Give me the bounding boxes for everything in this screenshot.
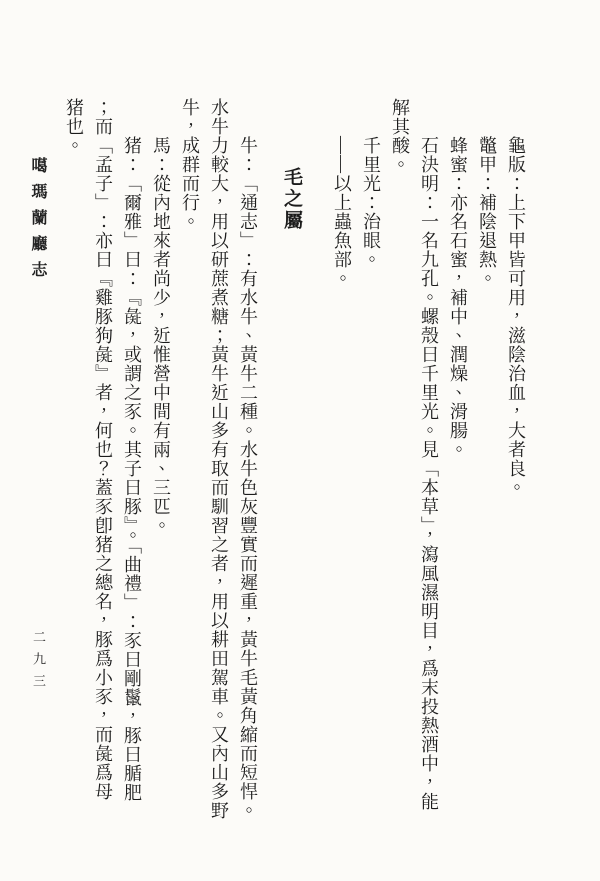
entry-section-end-note: ——以上蟲魚部。 [327,98,356,824]
entry-abalone-shell: 石決明：一名九孔。螺殼曰千里光。見「本草」，瀉風濕明目，爲末投熱酒中，能 解其酸… [385,98,443,824]
text-column: 龜版：上下甲皆可用，滋陰治血，大者良。 [501,98,530,824]
text-column: ；而「孟子」：亦曰『雞豚狗彘』者，何也？蓋豕卽猪之總名，豚爲小豕，而彘爲母 [88,98,117,824]
main-text: 龜版：上下甲皆可用，滋陰治血，大者良。 鼈甲：補陰退熱。 蜂蜜：亦名石蜜，補中、… [59,98,530,824]
entry-tortoise-plastron: 龜版：上下甲皆可用，滋陰治血，大者良。 [501,98,530,824]
text-column: 馬：從內地來者尚少，近惟營中間有兩、三匹。 [146,98,175,824]
text-column: 牛，成群而行。 [175,98,204,824]
entry-qianliguang: 千里光：治眼。 [356,98,385,824]
text-column: ——以上蟲魚部。 [327,98,356,824]
text-column: 蜂蜜：亦名石蜜，補中、潤燥、滑腸。 [443,98,472,824]
entry-ox: 牛：「通志」：有水牛、黃牛二種。水牛色灰豐實而遲重，黃牛毛黃角縮而短悍。 水牛力… [175,98,262,824]
page-number: 二九三 [29,630,48,696]
scanned-book-page: 噶瑪蘭廳志 二九三 龜版：上下甲皆可用，滋陰治血，大者良。 鼈甲：補陰退熱。 蜂… [0,0,600,881]
text-column: 牛：「通志」：有水牛、黃牛二種。水牛色灰豐實而遲重，黃牛毛黃角縮而短悍。 [233,98,262,824]
text-column: 猪：「爾雅」曰：『彘，或謂之豕。其子曰豚』。「曲禮」：豕曰剛鬣，豚曰腯肥 [117,98,146,824]
running-title: 噶瑪蘭廳志 [26,157,49,287]
text-column: 鼈甲：補陰退熱。 [472,98,501,824]
entry-turtle-shell: 鼈甲：補陰退熱。 [472,98,501,824]
text-column: 猪也。 [59,98,88,824]
text-column: 解其酸。 [385,98,414,824]
text-column: 千里光：治眼。 [356,98,385,824]
entry-horse: 馬：從內地來者尚少，近惟營中間有兩、三匹。 [146,98,175,824]
entry-honey: 蜂蜜：亦名石蜜，補中、潤燥、滑腸。 [443,98,472,824]
text-column: 水牛力較大，用以研蔗煮糖；黃牛近山多有取而馴習之者，用以耕田駕車。又內山多野 [204,98,233,824]
text-column: 石決明：一名九孔。螺殼曰千里光。見「本草」，瀉風濕明目，爲末投熱酒中，能 [414,98,443,824]
section-heading-furred-animals: 毛之屬 [276,98,306,824]
entry-pig: 猪：「爾雅」曰：『彘，或謂之豕。其子曰豚』。「曲禮」：豕曰剛鬣，豚曰腯肥 ；而「… [59,98,146,824]
